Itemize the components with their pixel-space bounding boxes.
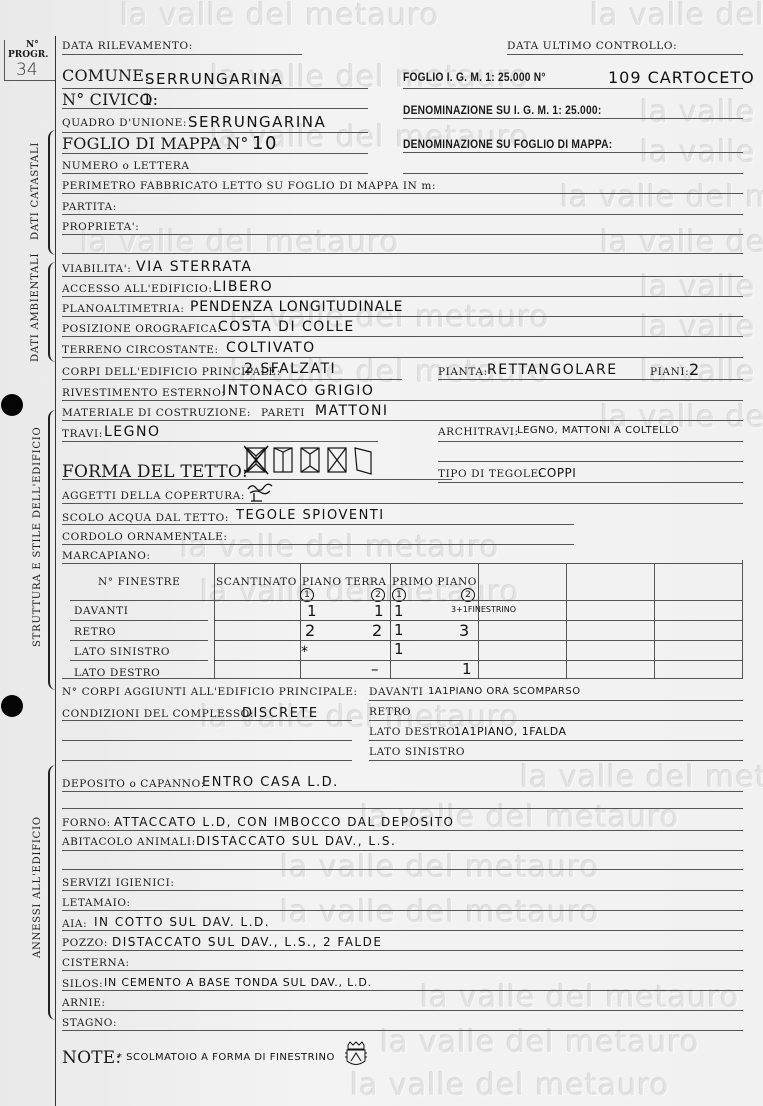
viabilita-value[interactable]: VIA STERRATA xyxy=(136,259,252,275)
watermark: la valle del metauro xyxy=(280,850,599,885)
aia-value[interactable]: IN COTTO SUL DAV. L.D. xyxy=(94,915,270,929)
cell-lato-destro-pt2[interactable]: – xyxy=(371,660,380,678)
aia-label: AIA: xyxy=(62,918,87,930)
cell-retro-pt1[interactable]: 2 xyxy=(305,621,317,640)
progr-label: PROGR. xyxy=(8,50,48,60)
rivestimento-label: RIVESTIMENTO ESTERNO: xyxy=(62,387,226,399)
foglio-mappa-value[interactable]: 10 xyxy=(252,133,278,154)
cell-lato-destro-pp2[interactable]: 1 xyxy=(462,660,473,678)
th-piano-terra: PIANO TERRA xyxy=(302,576,387,588)
silos-label: SILOS: xyxy=(62,978,103,990)
deposito-value[interactable]: ENTRO CASA L.D. xyxy=(202,775,339,790)
pozzo-value[interactable]: DISTACCATO SUL DAV., L.S., 2 FALDE xyxy=(112,935,382,949)
corpi-davanti-value[interactable]: 1A1PIANO ORA SCOMPARSO xyxy=(428,686,581,697)
abitacolo-value[interactable]: DISTACCATO SUL DAV., L.S. xyxy=(196,834,396,848)
travi-value[interactable]: LEGNO xyxy=(104,424,161,440)
survey-form-page: la valle del metauro la valle del metaur… xyxy=(0,0,763,1106)
th-primo-piano: PRIMO PIANO xyxy=(392,576,477,588)
foglio-mappa-label: FOGLIO DI MAPPA N° xyxy=(62,134,249,153)
pianta-value[interactable]: RETTANGOLARE xyxy=(487,362,618,378)
forno-value[interactable]: ATTACCATO L.D, CON IMBOCCO DAL DEPOSITO xyxy=(114,815,454,829)
condizioni-label: CONDIZIONI DEL COMPLESSO: xyxy=(62,708,254,720)
cell-lato-sinistro-pt1[interactable]: * xyxy=(301,644,310,660)
comune-label: COMUNE: xyxy=(62,66,150,85)
pareti-label: PARETI xyxy=(261,407,305,419)
side-label-struttura: STRUTTURA E STILE DELL'EDIFICIO xyxy=(32,426,43,647)
planoaltimetria-value[interactable]: PENDENZA LONGITUDINALE xyxy=(190,299,403,315)
tipo-tegole-value[interactable]: COPPI xyxy=(538,466,576,480)
numero-lettera-label: NUMERO o LETTERA xyxy=(62,160,190,172)
marcapiano-label: MARCAPIANO: xyxy=(62,550,151,562)
th-scantinato: SCANTINATO xyxy=(216,576,297,588)
architravi-value[interactable]: LEGNO, MATTONI A COLTELLO xyxy=(517,425,679,436)
letamaio-label: LETAMAIO: xyxy=(62,897,131,909)
cisterna-label: CISTERNA: xyxy=(62,957,130,969)
travi-label: TRAVI: xyxy=(62,428,103,440)
civico-value[interactable]: 1 xyxy=(142,90,154,109)
deposito-label: DEPOSITO o CAPANNO: xyxy=(62,778,205,790)
cell-davanti-pt1[interactable]: 1 xyxy=(307,602,318,620)
corpi-lato-destro-value[interactable]: 1A1PIANO, 1FALDA xyxy=(454,725,567,738)
data-ultimo-controllo-label: DATA ULTIMO CONTROLLO: xyxy=(507,40,677,52)
silos-value[interactable]: IN CEMENTO A BASE TONDA SUL DAV., L.D. xyxy=(104,976,372,989)
roof-shape-quattro-falde-icon xyxy=(328,448,346,472)
binder-hole xyxy=(1,394,23,416)
accesso-label: ACCESSO ALL'EDIFICIO: xyxy=(62,283,212,295)
watermark: la valle del metauro xyxy=(600,225,763,260)
arnie-label: ARNIE: xyxy=(62,997,106,1009)
watermark: la valle del metauro xyxy=(120,0,439,33)
roof-shape-padiglione-icon xyxy=(244,446,268,474)
corpi-value[interactable]: 2 SFALZATI xyxy=(244,361,336,377)
corpi-lato-sinistro-label: LATO SINISTRO xyxy=(369,746,465,758)
planoaltimetria-label: PLANOALTIMETRIA: xyxy=(62,303,184,315)
forno-label: FORNO: xyxy=(62,817,111,829)
binder-hole xyxy=(1,695,23,717)
watermark: la valle del metauro xyxy=(520,760,763,795)
cell-retro-pp1[interactable]: 1 xyxy=(394,621,405,639)
row-label-davanti: DAVANTI xyxy=(74,605,128,617)
town-crest-stamp-icon xyxy=(344,1041,368,1073)
materiale-value[interactable]: MATTONI xyxy=(315,403,389,419)
data-rilevamento-label: DATA RILEVAMENTO: xyxy=(62,40,193,52)
watermark: la valle del metauro xyxy=(180,530,499,565)
viabilita-label: VIABILITA': xyxy=(62,263,131,275)
cordolo-label: CORDOLO ORNAMENTALE: xyxy=(62,531,228,543)
pozzo-label: POZZO: xyxy=(62,937,108,949)
condizioni-value[interactable]: DISCRETE xyxy=(242,706,319,721)
cell-davanti-pp1[interactable]: 1 xyxy=(394,602,405,620)
side-label-dati-ambientali: DATI AMBIENTALI xyxy=(30,253,41,362)
aggetti-label: AGGETTI DELLA COPERTURA: xyxy=(62,490,245,502)
foglio-igm-label: FOGLIO I. G. M. 1: 25.000 N° xyxy=(403,70,546,84)
pianta-label: PIANTA: xyxy=(438,366,488,378)
row-label-lato-sinistro: LATO SINISTRO xyxy=(74,646,170,658)
posizione-label: POSIZIONE OROGRAFICA: xyxy=(62,323,221,335)
terreno-label: TERRENO CIRCOSTANTE: xyxy=(62,344,219,356)
comune-value[interactable]: SERRUNGARINA xyxy=(145,70,283,88)
proprieta-label: PROPRIETA': xyxy=(62,221,139,233)
scolo-value[interactable]: TEGOLE SPIOVENTI xyxy=(236,508,385,523)
cell-retro-pt2[interactable]: 2 xyxy=(372,621,384,640)
roof-shape-padiglione-allungato-icon xyxy=(301,448,319,472)
roof-shape-capanna-icon xyxy=(274,448,292,472)
partita-label: PARTITA: xyxy=(62,201,117,213)
denom-foglio-label: DENOMINAZIONE SU FOGLIO DI MAPPA: xyxy=(403,137,612,151)
roof-shape-falda-unica-icon xyxy=(355,448,371,474)
cell-davanti-pp2[interactable]: 3+1FINESTRINO xyxy=(451,605,516,614)
watermark: la valle del metauro xyxy=(590,0,763,33)
quadro-label: QUADRO D'UNIONE: xyxy=(62,117,187,129)
architravi-label: ARCHITRAVI: xyxy=(438,426,519,438)
piani-label: PIANI: xyxy=(650,366,689,378)
quadro-value[interactable]: SERRUNGARINA xyxy=(188,113,326,131)
watermark: la valle del metauro xyxy=(350,1068,669,1103)
cell-davanti-pt2[interactable]: 1 xyxy=(374,602,385,620)
posizione-value[interactable]: COSTA DI COLLE xyxy=(218,319,355,335)
corpi-retro-label: RETRO xyxy=(369,706,411,718)
row-label-lato-destro: LATO DESTRO xyxy=(74,667,160,679)
piani-value[interactable]: 2 xyxy=(689,360,701,379)
perimetro-label: PERIMETRO FABBRICATO LETTO SU FOGLIO DI … xyxy=(62,180,436,192)
cell-lato-sinistro-pp1[interactable]: 1 xyxy=(394,640,405,658)
note-value[interactable]: * SCOLMATOIO A FORMA DI FINESTRINO xyxy=(117,1052,335,1063)
scolo-label: SCOLO ACQUA DAL TETTO: xyxy=(62,512,229,524)
corpi-davanti-label: DAVANTI xyxy=(369,686,423,698)
foglio-igm-value[interactable]: 109 CARTOCETO xyxy=(608,68,755,87)
tipo-tegole-label: TIPO DI TEGOLE: xyxy=(438,468,543,480)
cell-retro-pp2[interactable]: 3 xyxy=(459,621,471,640)
accesso-value[interactable]: LIBERO xyxy=(213,279,273,295)
row-label-retro: RETRO xyxy=(74,626,116,638)
th-n-finestre: N° FINESTRE xyxy=(98,576,180,588)
side-label-dati-catastali: DATI CATASTALI xyxy=(30,142,41,240)
servizi-label: SERVIZI IGIENICI: xyxy=(62,877,175,889)
roof-shape-selector[interactable] xyxy=(244,444,384,476)
materiale-label: MATERIALE DI COSTRUZIONE: xyxy=(62,407,251,419)
progr-n-label: N° xyxy=(26,40,39,50)
terreno-value[interactable]: COLTIVATO xyxy=(226,340,316,356)
watermark: la valle del metauro xyxy=(560,180,763,215)
watermark: la valle del metauro xyxy=(280,895,599,930)
abitacolo-label: ABITACOLO ANIMALI: xyxy=(62,836,196,848)
note-label: NOTE: xyxy=(62,1048,121,1068)
side-label-annessi: ANNESSI ALL'EDIFICIO xyxy=(32,816,43,958)
rivestimento-value[interactable]: INTONACO GRIGIO xyxy=(222,383,374,399)
progr-value: 34 xyxy=(16,60,38,80)
corpi-aggiunti-label: N° CORPI AGGIUNTI ALL'EDIFICIO PRINCIPAL… xyxy=(62,686,358,698)
corpi-lato-destro-label: LATO DESTRO xyxy=(369,726,455,738)
denom-igm-label: DENOMINAZIONE SU I. G. M. 1: 25.000: xyxy=(403,103,601,117)
watermark: la valle del metauro xyxy=(640,95,763,130)
stagno-label: STAGNO: xyxy=(62,1017,117,1029)
